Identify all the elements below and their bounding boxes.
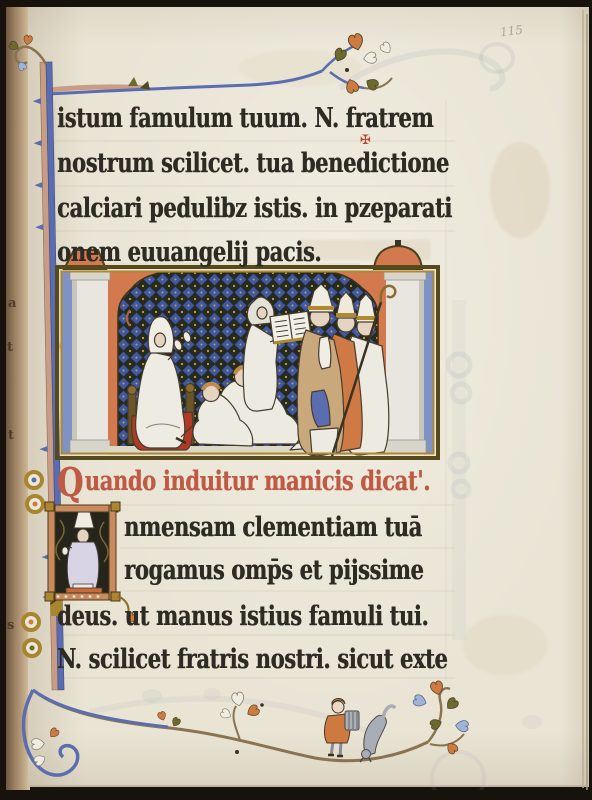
insertion-cross-mark: ✠ [360,133,371,148]
text-line-6: rogamus omp̄s et pijssime [124,555,423,586]
tumbling-animal-figure [360,706,395,762]
gutter-showthrough-letter: t [7,340,13,355]
rubric-text: uando induitur manicis dicat'. [85,466,430,497]
manuscript-photo: istum famulum tuum. N. fratrem nostrum s… [0,0,592,800]
text-line-8: N. scilicet fratris nostri. sicut exte [57,644,447,675]
gutter-showthrough-letter: t [8,428,14,443]
gutter-showthrough-letter: s [7,618,14,633]
text-line-2: nostrum scilicet. tua benedictione [57,148,449,179]
text-line-3: calciari pedulibz istis. in pzeparati [57,193,452,224]
gutter-showthrough-letter: a [8,296,16,311]
bottom-border-vine [23,680,468,775]
miniature [57,240,438,458]
rubric-line: Quando induitur manicis dicat'. [57,466,430,497]
folio-number-pencil: 115 [499,23,523,40]
text-line-1: istum famulum tuum. N. fratrem [57,103,433,134]
rubric-initial-q: Q [57,460,83,506]
bottom-musician-figure [324,698,359,757]
text-line-5: nmensam clementiam tuā [124,512,422,543]
text-line-4: onem euuangelij pacis. [57,237,321,268]
text-line-7: deus. ut manus istius famuli tui. [57,601,428,632]
